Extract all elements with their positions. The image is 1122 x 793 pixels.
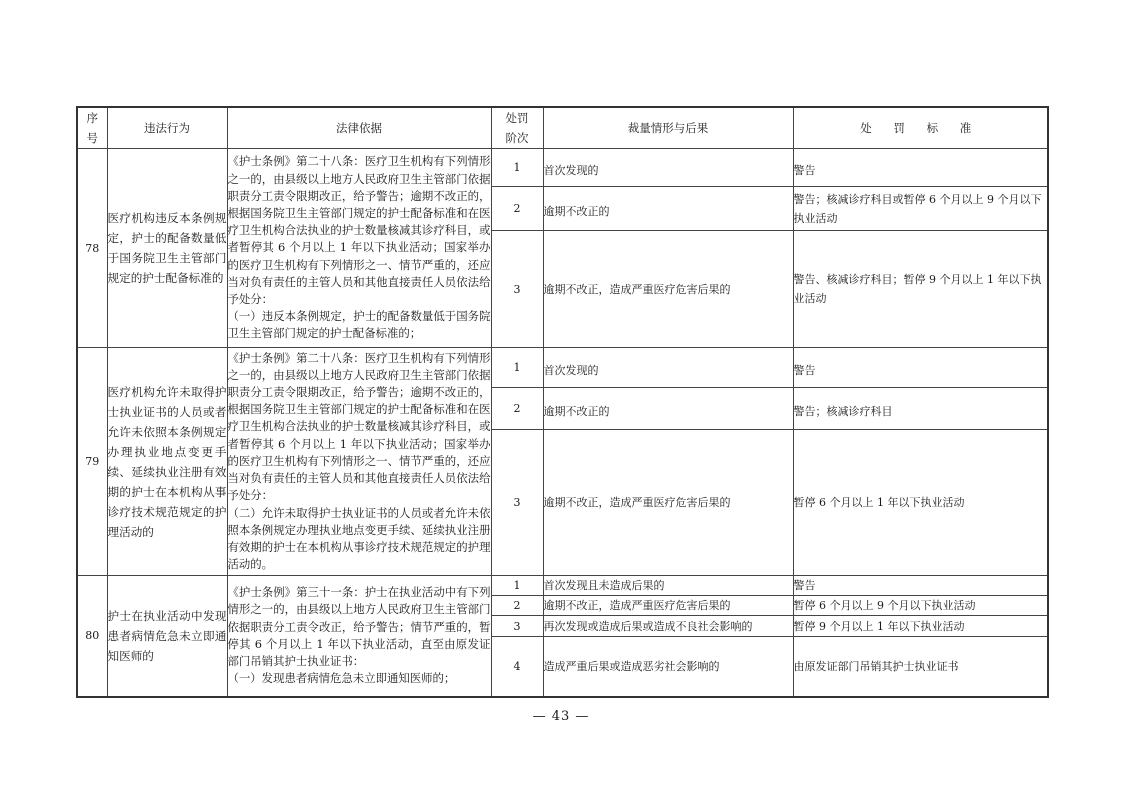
table-row: 79 医疗机构允许未取得护士执业证书的人员或者允许未依照本条例规定办理执业地点变… xyxy=(77,348,1048,388)
stage-cell: 2 xyxy=(491,596,543,616)
header-violation: 违法行为 xyxy=(107,107,227,149)
row-seq: 79 xyxy=(77,348,107,576)
circumstance-cell: 逾期不改正，造成严重医疗危害后果的 xyxy=(543,231,793,348)
legal-basis-clause: （一）违反本条例规定，护士的配备数量低于国务院卫生主管部门规定的护士配备标准的； xyxy=(228,309,491,340)
legal-basis-text: 《护士条例》第二十八条：医疗卫生机构有下列情形之一的，由县级以上地方人民政府卫生… xyxy=(228,154,491,306)
circumstance-cell: 首次发现的 xyxy=(543,149,793,187)
circumstance-cell: 首次发现的 xyxy=(543,348,793,388)
circumstance-cell: 再次发现或造成后果或造成不良社会影响的 xyxy=(543,616,793,637)
circumstance-cell: 逾期不改正的 xyxy=(543,187,793,231)
legal-basis-text: 《护士条例》第二十八条：医疗卫生机构有下列情形之一的，由县级以上地方人民政府卫生… xyxy=(228,351,491,503)
stage-cell: 3 xyxy=(491,430,543,576)
stage-cell: 2 xyxy=(491,187,543,231)
stage-cell: 2 xyxy=(491,388,543,430)
page-number: — 43 — xyxy=(0,709,1122,724)
circumstance-cell: 逾期不改正，造成严重医疗危害后果的 xyxy=(543,596,793,616)
standard-cell: 警告 xyxy=(793,348,1048,388)
header-seq: 序 号 xyxy=(77,107,107,149)
legal-basis-clause: （二）允许未取得护士执业证书的人员或者允许未依照本条例规定办理执业地点变更手续、… xyxy=(228,506,491,572)
circumstance-cell: 逾期不改正，造成严重医疗危害后果的 xyxy=(543,430,793,576)
violation-cell: 护士在执业活动中发现患者病情危急未立即通知医师的 xyxy=(107,576,227,697)
standard-cell: 警告、核减诊疗科目；暂停 9 个月以上 1 年以下执业活动 xyxy=(793,231,1048,348)
table-row: 78 医疗机构违反本条例规定，护士的配备数量低于国务院卫生主管部门规定的护士配备… xyxy=(77,149,1048,187)
stage-cell: 1 xyxy=(491,348,543,388)
standard-cell: 暂停 6 个月以上 1 年以下执业活动 xyxy=(793,430,1048,576)
header-circumstance: 裁量情形与后果 xyxy=(543,107,793,149)
standard-cell: 警告；核减诊疗科目 xyxy=(793,388,1048,430)
standard-cell: 警告；核减诊疗科目或暂停 6 个月以上 9 个月以下执业活动 xyxy=(793,187,1048,231)
legal-basis-cell: 《护士条例》第二十八条：医疗卫生机构有下列情形之一的，由县级以上地方人民政府卫生… xyxy=(227,149,491,348)
stage-cell: 3 xyxy=(491,616,543,637)
legal-basis-text: 《护士条例》第三十一条：护士在执业活动中有下列情形之一的，由县级以上地方人民政府… xyxy=(228,585,491,668)
header-legal-basis: 法律依据 xyxy=(227,107,491,149)
legal-basis-cell: 《护士条例》第三十一条：护士在执业活动中有下列情形之一的，由县级以上地方人民政府… xyxy=(227,576,491,697)
header-standard: 处 罚 标 准 xyxy=(793,107,1048,149)
stage-cell: 1 xyxy=(491,149,543,187)
header-stage: 处罚 阶次 xyxy=(491,107,543,149)
table-row: 80 护士在执业活动中发现患者病情危急未立即通知医师的 《护士条例》第三十一条：… xyxy=(77,576,1048,596)
row-seq: 78 xyxy=(77,149,107,348)
row-seq: 80 xyxy=(77,576,107,697)
circumstance-cell: 首次发现且未造成后果的 xyxy=(543,576,793,596)
standard-cell: 暂停 6 个月以上 9 个月以下执业活动 xyxy=(793,596,1048,616)
stage-cell: 1 xyxy=(491,576,543,596)
table-header-row: 序 号 违法行为 法律依据 处罚 阶次 裁量情形与后果 处 罚 标 准 xyxy=(77,107,1048,149)
standard-cell: 警告 xyxy=(793,576,1048,596)
legal-basis-clause: （一）发现患者病情危急未立即通知医师的； xyxy=(228,671,456,685)
violation-cell: 医疗机构违反本条例规定，护士的配备数量低于国务院卫生主管部门规定的护士配备标准的 xyxy=(107,149,227,348)
penalty-standards-table: 序 号 违法行为 法律依据 处罚 阶次 裁量情形与后果 处 罚 标 准 78 医… xyxy=(76,106,1049,698)
violation-cell: 医疗机构允许未取得护士执业证书的人员或者允许未依照本条例规定办理执业地点变更手续… xyxy=(107,348,227,576)
legal-basis-cell: 《护士条例》第二十八条：医疗卫生机构有下列情形之一的，由县级以上地方人民政府卫生… xyxy=(227,348,491,576)
standard-cell: 由原发证部门吊销其护士执业证书 xyxy=(793,637,1048,697)
document-page: 序 号 违法行为 法律依据 处罚 阶次 裁量情形与后果 处 罚 标 准 78 医… xyxy=(0,0,1122,793)
circumstance-cell: 逾期不改正的 xyxy=(543,388,793,430)
stage-cell: 4 xyxy=(491,637,543,697)
standard-cell: 暂停 9 个月以上 1 年以下执业活动 xyxy=(793,616,1048,637)
circumstance-cell: 造成严重后果或造成恶劣社会影响的 xyxy=(543,637,793,697)
standard-cell: 警告 xyxy=(793,149,1048,187)
stage-cell: 3 xyxy=(491,231,543,348)
